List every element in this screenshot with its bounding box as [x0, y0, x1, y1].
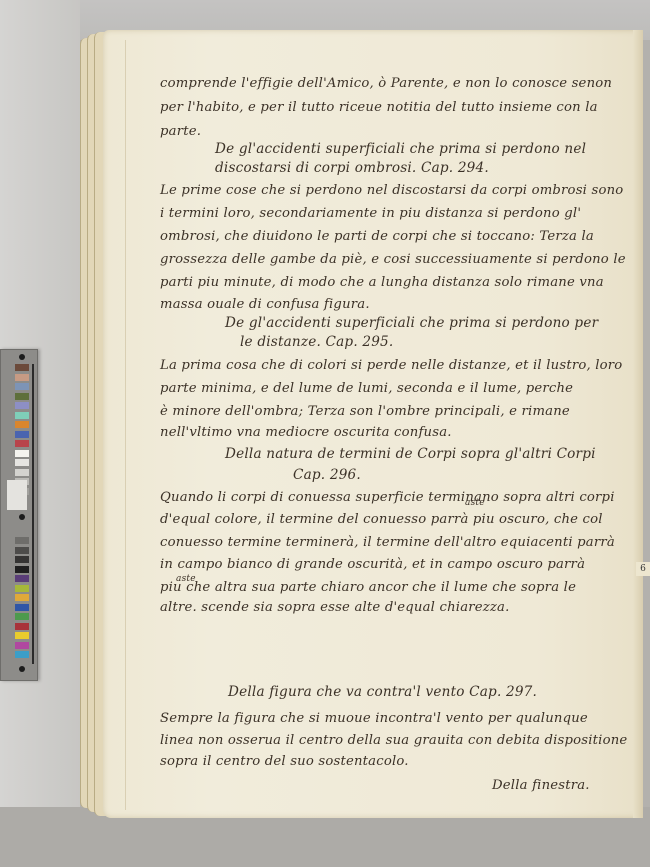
chapter-heading: Della figura che va contra'l vento Cap. …	[228, 684, 537, 700]
text-line: La prima cosa che di colori si perde nel…	[160, 358, 622, 373]
text-line: piu che altra sua parte chiaro ancor che…	[160, 580, 576, 595]
color-swatch	[15, 623, 29, 630]
color-swatch	[15, 651, 29, 658]
color-swatch	[15, 374, 29, 381]
text-line: Le prime cose che si perdono nel discost…	[160, 183, 623, 198]
color-swatch	[15, 412, 29, 419]
color-swatch	[15, 632, 29, 639]
color-swatch	[15, 575, 29, 582]
text-line: per l'habito, e per il tutto riceue noti…	[160, 100, 598, 115]
target-rail	[32, 364, 34, 664]
color-swatch	[15, 642, 29, 649]
color-swatch	[15, 421, 29, 428]
margin-mark: 6	[636, 562, 650, 576]
text-line: parte minima, e del lume de lumi, second…	[160, 381, 573, 396]
color-swatch	[15, 594, 29, 601]
color-calibration-target	[0, 349, 38, 681]
color-swatch	[15, 604, 29, 611]
color-swatch	[15, 566, 29, 573]
target-hole-icon	[19, 514, 25, 520]
text-line: parte.	[160, 124, 201, 139]
color-swatch	[15, 383, 29, 390]
chapter-heading: De gl'accidenti superficiali che prima s…	[225, 315, 598, 331]
text-line: sopra il centro del suo sostentacolo.	[160, 754, 409, 769]
target-label-card	[7, 480, 27, 510]
text-line: conuesso termine terminerà, il termine d…	[160, 535, 615, 550]
chapter-heading: Della natura de termini de Corpi sopra g…	[225, 446, 596, 462]
color-swatch	[15, 585, 29, 592]
chapter-heading: discostarsi di corpi ombrosi. Cap. 294.	[215, 160, 489, 176]
catchword: Della finestra.	[492, 778, 590, 793]
chapter-heading: De gl'accidenti superficiali che prima s…	[215, 141, 586, 157]
interlinear-addition: aste	[176, 574, 196, 584]
text-line: massa ouale di confusa figura.	[160, 297, 370, 312]
chapter-heading: le distanze. Cap. 295.	[240, 334, 393, 350]
color-swatch	[15, 364, 29, 371]
text-line: comprende l'effigie dell'Amico, ò Parent…	[160, 76, 612, 91]
target-hole-icon	[19, 666, 25, 672]
text-line: altre. scende sia sopra esse alte d'equa…	[160, 600, 510, 615]
color-swatch	[15, 440, 29, 447]
color-swatch	[15, 469, 29, 476]
text-line: nell'vltimo vna mediocre oscurita confus…	[160, 425, 452, 440]
color-swatch	[15, 459, 29, 466]
color-swatch	[15, 450, 29, 457]
text-line: Quando li corpi di conuessa superficie t…	[160, 490, 615, 505]
interlinear-addition: aste	[465, 498, 485, 508]
color-swatch	[15, 547, 29, 554]
text-line: è minore dell'ombra; Terza son l'ombre p…	[160, 404, 570, 419]
color-swatch	[15, 402, 29, 409]
color-swatch	[15, 613, 29, 620]
chapter-heading: Cap. 296.	[293, 467, 361, 483]
text-line: d'equal colore, il termine del conuesso …	[160, 512, 603, 527]
page-gutter	[633, 30, 643, 818]
color-swatch	[15, 431, 29, 438]
text-line: linea non osserua il centro della sua gr…	[160, 733, 627, 748]
text-line: in campo bianco di grande oscurità, et i…	[160, 557, 585, 572]
color-swatch	[15, 393, 29, 400]
text-line: ombrosi, che diuidono le parti de corpi …	[160, 229, 594, 244]
text-line: grossezza delle gambe da piè, e cosi suc…	[160, 252, 626, 267]
color-swatch	[15, 556, 29, 563]
color-swatch	[15, 537, 29, 544]
text-line: parti piu minute, di modo che a lungha d…	[160, 275, 604, 290]
target-hole-icon	[19, 354, 25, 360]
text-line: Sempre la figura che si muoue incontra'l…	[160, 711, 588, 726]
text-line: i termini loro, secondariamente in piu d…	[160, 206, 581, 221]
